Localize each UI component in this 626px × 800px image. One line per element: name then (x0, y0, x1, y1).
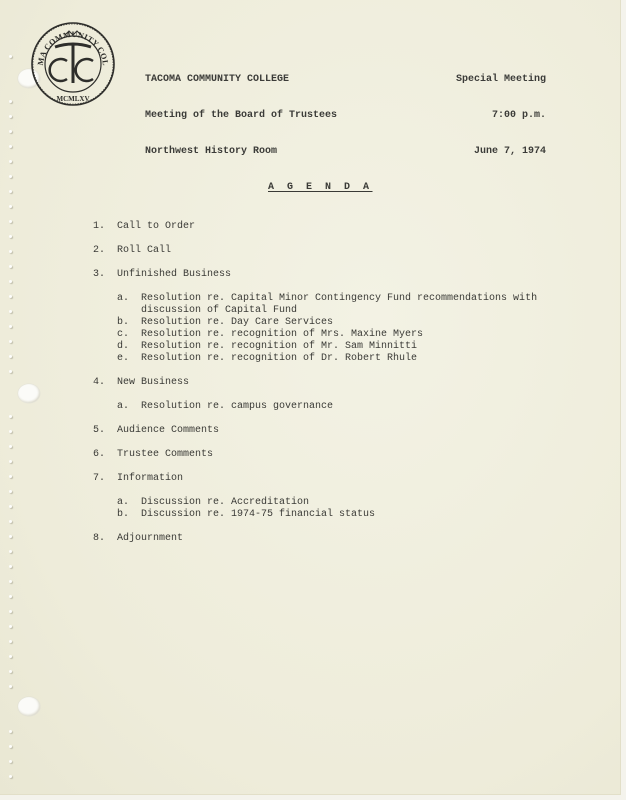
agenda-item-label: Unfinished Business (117, 269, 231, 281)
agenda-subitem-letter: d. (117, 341, 141, 353)
agenda-subitem-text: Resolution re. recognition of Mr. Sam Mi… (141, 341, 551, 353)
agenda-subitems: a.Discussion re. Accreditationb.Discussi… (117, 497, 551, 521)
perforation-dot (9, 625, 12, 628)
agenda-subitem-letter: a. (117, 497, 141, 509)
perforation-dot (9, 220, 12, 223)
perforation-dot (9, 520, 12, 523)
agenda-subitem: c.Resolution re. recognition of Mrs. Max… (117, 329, 551, 341)
agenda-item-number: 1. (93, 221, 117, 233)
perforation-dot (9, 655, 12, 658)
perforation-dot (9, 145, 12, 148)
meeting-type: Special Meeting (456, 74, 546, 86)
perforation-dot (9, 535, 12, 538)
agenda-item-number: 7. (93, 473, 117, 485)
perforation-dot (9, 595, 12, 598)
perforation-dot (9, 610, 12, 613)
agenda-item-number: 8. (93, 533, 117, 545)
perforation-dot (9, 55, 12, 58)
agenda-item-label: New Business (117, 377, 189, 389)
perforation-dot (9, 130, 12, 133)
perforation-dot (9, 745, 12, 748)
perforation-dot (9, 100, 12, 103)
perforation-dot (9, 310, 12, 313)
agenda-item-label: Information (117, 473, 183, 485)
agenda-item-label: Audience Comments (117, 425, 219, 437)
agenda-item-label: Roll Call (117, 245, 171, 257)
perforation-dot (9, 325, 12, 328)
agenda-item-number: 2. (93, 245, 117, 257)
agenda-item-label: Call to Order (117, 221, 195, 233)
meeting-date: June 7, 1974 (456, 146, 546, 158)
college-seal-logo: TACOMA COMMUNITY COLLEGE MCMLXV (29, 21, 117, 107)
binder-hole (18, 384, 40, 403)
agenda-subitem-letter: a. (117, 401, 141, 413)
agenda-subitem-letter: e. (117, 353, 141, 365)
agenda-subitems: a.Resolution re. Capital Minor Contingen… (117, 293, 551, 365)
document-page: TACOMA COMMUNITY COLLEGE MCMLXV TACOMA C… (0, 0, 621, 795)
agenda-subitem-letter: b. (117, 509, 141, 521)
agenda-subitem: b.Resolution re. Day Care Services (117, 317, 551, 329)
perforation-dot (9, 355, 12, 358)
perforation-dot (9, 415, 12, 418)
binder-hole (18, 697, 40, 716)
perforation-dot (9, 205, 12, 208)
perforation-dot (9, 640, 12, 643)
agenda-subitem-text: Resolution re. recognition of Dr. Robert… (141, 353, 551, 365)
agenda-item: 6.Trustee Comments (93, 449, 551, 461)
agenda-subitem-letter: b. (117, 317, 141, 329)
agenda-item-label: Adjournment (117, 533, 183, 545)
perforation-dot (9, 250, 12, 253)
perforation-dot (9, 445, 12, 448)
perforation-dot (9, 115, 12, 118)
perforation-dot (9, 295, 12, 298)
perforation-dot (9, 430, 12, 433)
perforation-dot (9, 370, 12, 373)
agenda-item: 4.New Businessa.Resolution re. campus go… (93, 377, 551, 413)
meeting-time: 7:00 p.m. (456, 110, 546, 122)
agenda-subitem: a.Discussion re. Accreditation (117, 497, 551, 509)
perforation-dot (9, 235, 12, 238)
agenda-subitem: b.Discussion re. 1974-75 financial statu… (117, 509, 551, 521)
institution-name: TACOMA COMMUNITY COLLEGE (145, 74, 337, 86)
perforation-dot (9, 730, 12, 733)
perforation-dot (9, 580, 12, 583)
agenda-subitem-letter: c. (117, 329, 141, 341)
perforation-dot (9, 505, 12, 508)
perforation-dot (9, 190, 12, 193)
perforation-dot (9, 670, 12, 673)
agenda-subitem-text: Resolution re. campus governance (141, 401, 551, 413)
perforation-dot (9, 760, 12, 763)
agenda-title: A G E N D A (268, 182, 373, 193)
perforation-dot (9, 340, 12, 343)
agenda-subitem: e.Resolution re. recognition of Dr. Robe… (117, 353, 551, 365)
perforation-dot (9, 175, 12, 178)
meeting-location: Northwest History Room (145, 146, 337, 158)
agenda-subitem-text: Discussion re. 1974-75 financial status (141, 509, 551, 521)
perforation-dot (9, 550, 12, 553)
agenda-item: 1.Call to Order (93, 221, 551, 233)
perforation-dot (9, 565, 12, 568)
agenda-subitems: a.Resolution re. campus governance (117, 401, 551, 413)
agenda-item: 2.Roll Call (93, 245, 551, 257)
header-left: TACOMA COMMUNITY COLLEGE Meeting of the … (145, 50, 337, 182)
agenda-item: 3.Unfinished Businessa.Resolution re. Ca… (93, 269, 551, 365)
agenda-subitem: d.Resolution re. recognition of Mr. Sam … (117, 341, 551, 353)
agenda-item-number: 5. (93, 425, 117, 437)
meeting-name: Meeting of the Board of Trustees (145, 110, 337, 122)
agenda-item-number: 4. (93, 377, 117, 389)
perforation-dot (9, 685, 12, 688)
agenda-item-number: 3. (93, 269, 117, 281)
perforation-dot (9, 460, 12, 463)
agenda-item: 8.Adjournment (93, 533, 551, 545)
agenda-item: 7.Informationa.Discussion re. Accreditat… (93, 473, 551, 521)
agenda-item-number: 6. (93, 449, 117, 461)
agenda-item-label: Trustee Comments (117, 449, 213, 461)
agenda-subitem-text: Resolution re. Day Care Services (141, 317, 551, 329)
agenda-subitem: a.Resolution re. Capital Minor Contingen… (117, 293, 551, 317)
perforation-dot (9, 475, 12, 478)
agenda-subitem-text: Discussion re. Accreditation (141, 497, 551, 509)
perforation-dot (9, 160, 12, 163)
agenda-item: 5.Audience Comments (93, 425, 551, 437)
agenda-subitem-text: Resolution re. Capital Minor Contingency… (141, 293, 551, 317)
perforation-dot (9, 775, 12, 778)
header-right: Special Meeting 7:00 p.m. June 7, 1974 (456, 50, 546, 182)
agenda-list: 1.Call to Order2.Roll Call3.Unfinished B… (93, 221, 551, 557)
perforation-dot (9, 265, 12, 268)
agenda-subitem-letter: a. (117, 293, 141, 317)
agenda-subitem: a.Resolution re. campus governance (117, 401, 551, 413)
perforation-dot (9, 280, 12, 283)
svg-text:MCMLXV: MCMLXV (56, 95, 89, 103)
perforation-dot (9, 490, 12, 493)
agenda-subitem-text: Resolution re. recognition of Mrs. Maxin… (141, 329, 551, 341)
